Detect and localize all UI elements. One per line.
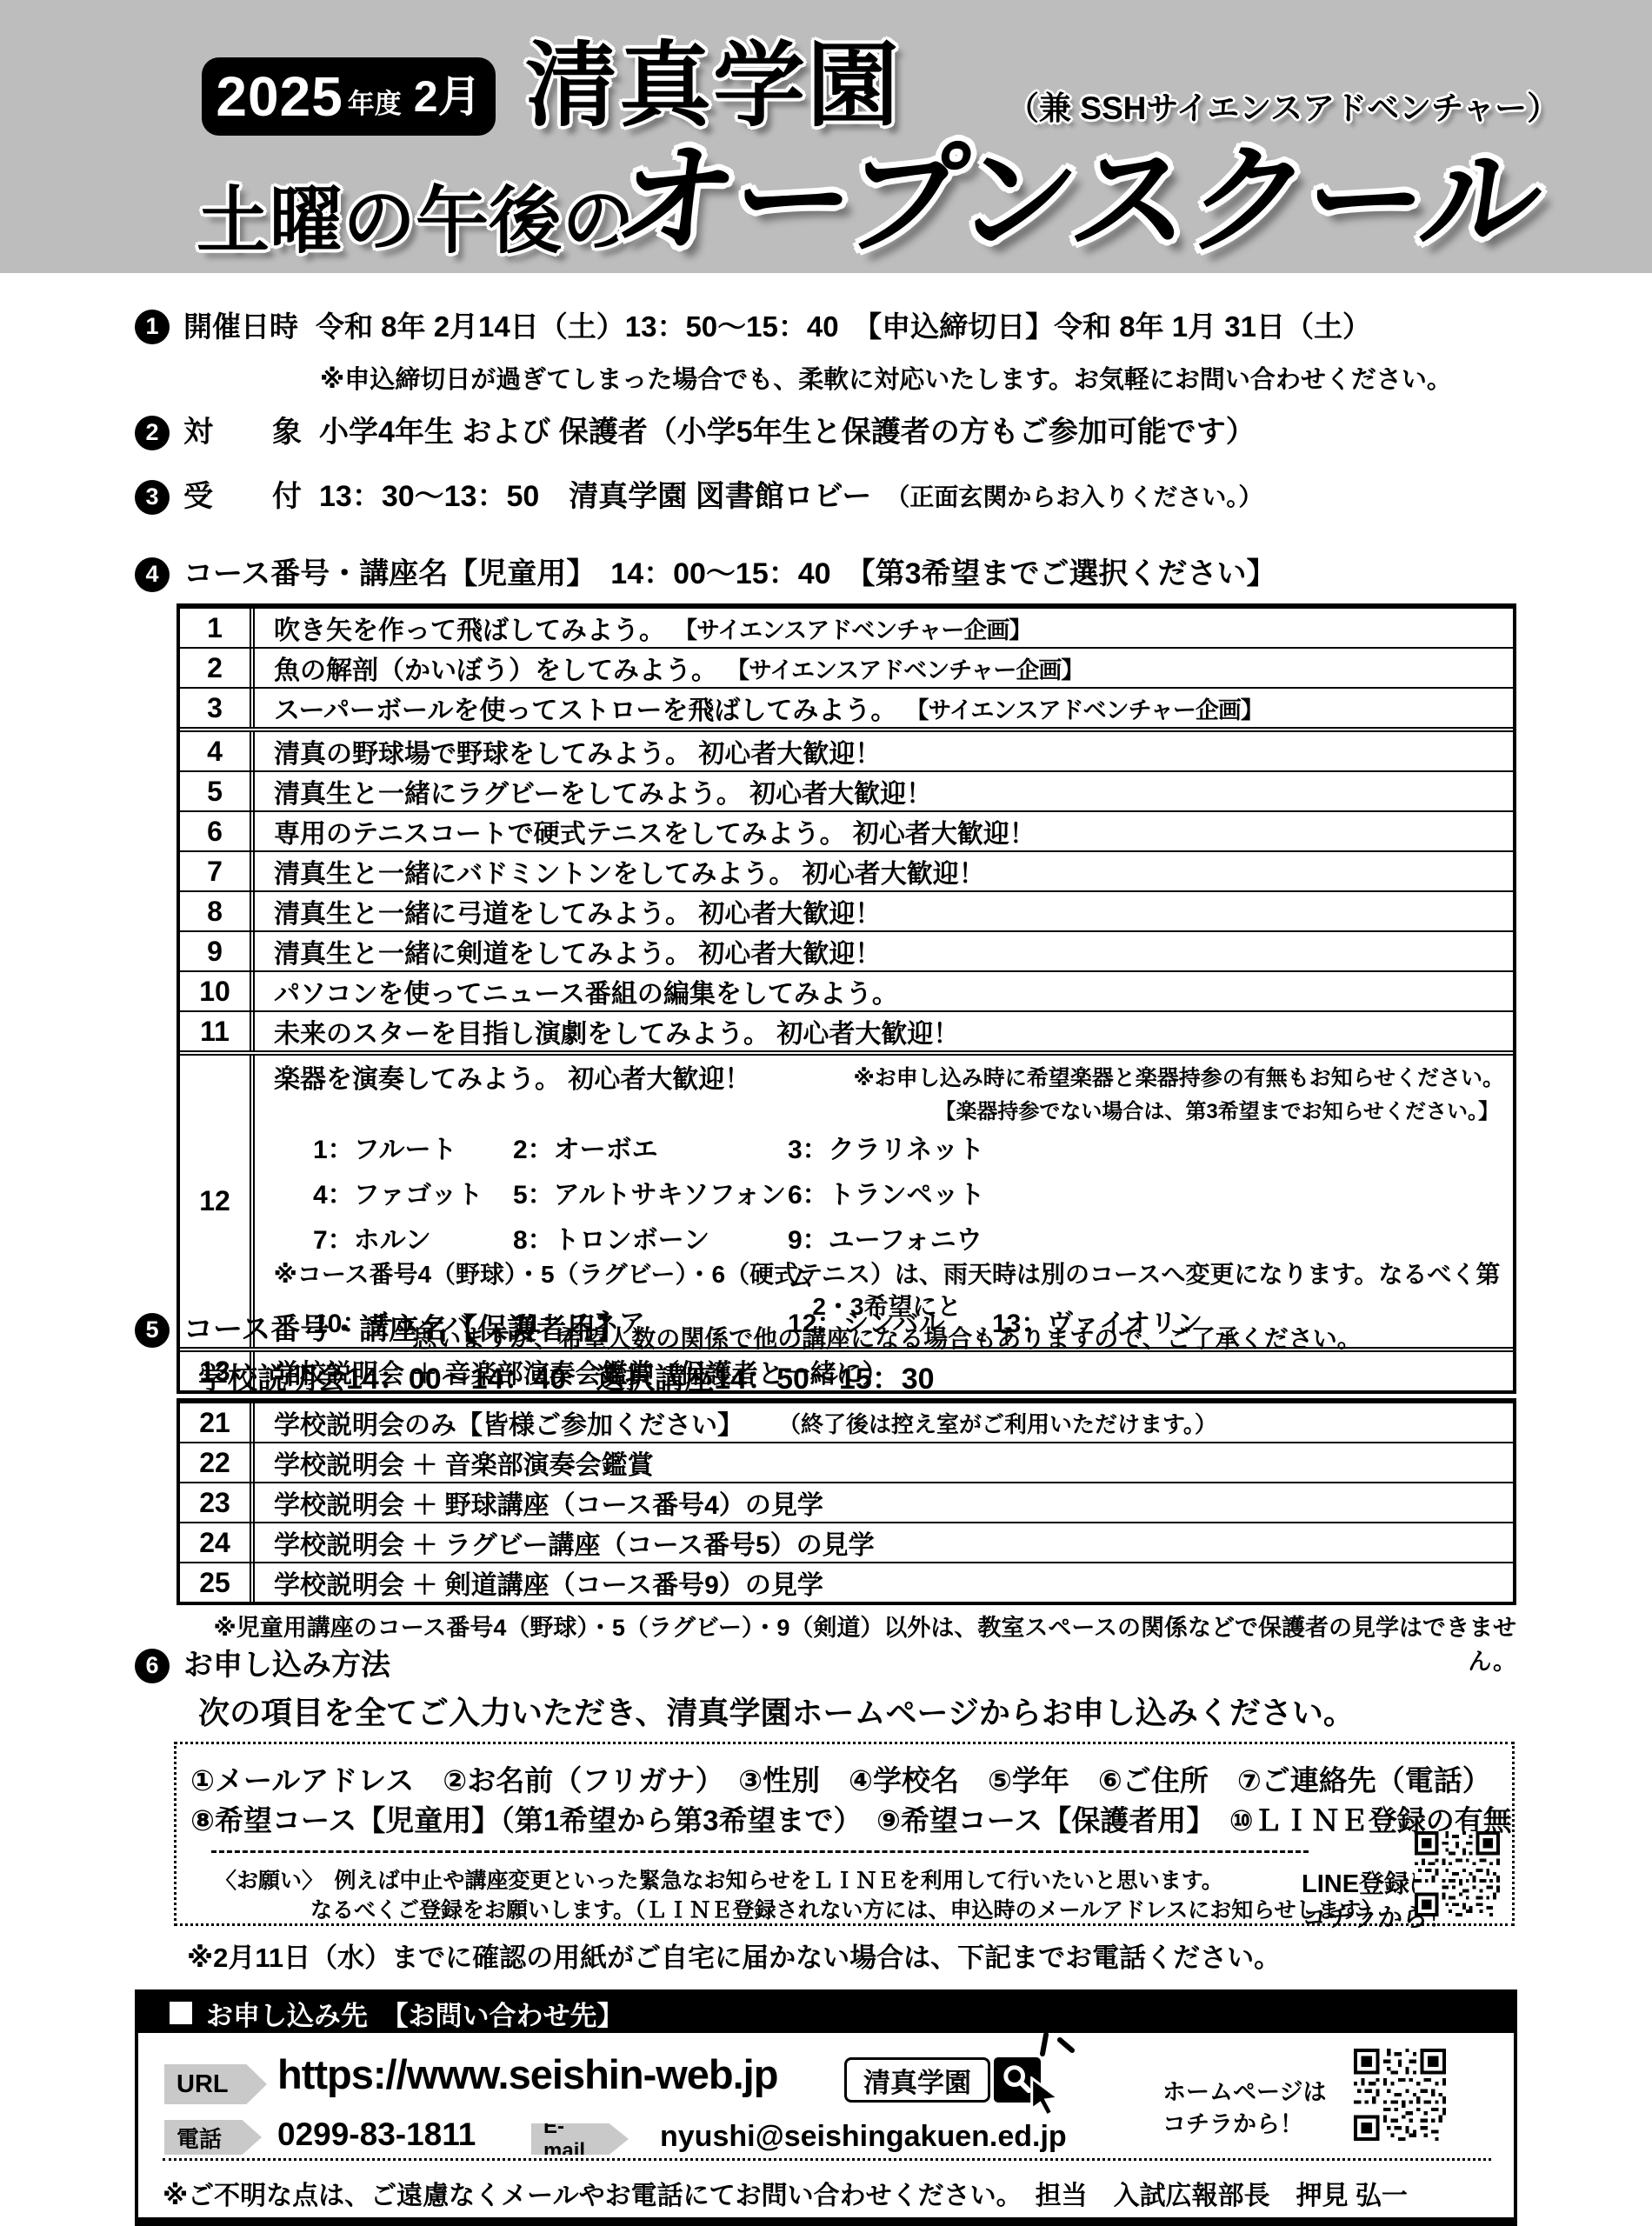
course-number: 6 — [180, 812, 255, 850]
white-square-bullet-icon — [170, 2002, 192, 2024]
course-number: 8 — [180, 892, 255, 930]
instrument-item: 5：アルトサキソフォン — [513, 1173, 788, 1211]
table-row: 21 学校説明会のみ【皆様ご参加ください】（終了後は控え室がご利用いただけます。… — [180, 1403, 1513, 1442]
course-text: 清真生と一緒にラグビーをしてみよう。 初心者大歓迎！ — [274, 772, 932, 810]
table-row: 1 吹き矢を作って飛ばしてみよう。【サイエンスアドベンチャー企画】 — [180, 609, 1513, 647]
course-number: 9 — [180, 932, 255, 970]
table-row: 23 学校説明会 ＋ 野球講座（コース番号4）の見学 — [180, 1482, 1513, 1522]
section-reception: 3 受 付 13：30〜13：50 清真学園 図書館ロビー （正面玄関からお入り… — [135, 480, 1262, 515]
table-row: 7 清真生と一緒にバドミントンをしてみよう。 初心者大歓迎！ — [180, 850, 1513, 890]
email-label: E-mail — [531, 2123, 629, 2155]
school-name: 清真学園 — [525, 40, 901, 132]
section-reception-paren: （正面玄関からお入りください。） — [885, 484, 1262, 511]
course-number: 4 — [180, 732, 255, 770]
course-text: 楽器を演奏してみよう。 初心者大歓迎！ — [274, 1057, 750, 1096]
course-text: 清真生と一緒に剣道をしてみよう。 初心者大歓迎！ — [274, 932, 881, 970]
circled-number-1: 1 — [135, 310, 170, 344]
course-number: 23 — [180, 1483, 255, 1522]
section-datetime: 1 開催日時 令和 8年 2月14日（土）13：50〜15：40 【申込締切日】… — [135, 310, 1371, 344]
course-text: 清真の野球場で野球をしてみよう。 初心者大歓迎！ — [274, 732, 881, 770]
course-text: パソコンを使ってニュース番組の編集をしてみよう。 — [274, 972, 898, 1010]
contact-title-bar: お申し込み先 【お問い合わせ先】 — [138, 1993, 1514, 2033]
confirmation-deadline-note: ※2月11日（水）までに確認の用紙がご自宅に届かない場合は、下記までお電話くださ… — [187, 1936, 1281, 1975]
divider — [163, 2158, 1491, 2161]
course-number: 3 — [180, 689, 255, 727]
instrument-item — [992, 1128, 1513, 1166]
apply-instruction: 次の項目を全てご入力いただき、清真学園ホームページからお申し込みください。 — [198, 1689, 1355, 1733]
contact-title: お申し込み先 【お問い合わせ先】 — [206, 1994, 624, 2033]
section-reception-label: 受 付 — [183, 481, 302, 513]
course-number: 2 — [180, 649, 255, 687]
deadline-flex-note: ※申込締切日が過ぎてしまった場合でも、柔軟に対応いたします。お気軽にお問い合わせ… — [320, 360, 1452, 396]
course-text: 学校説明会のみ【皆様ご参加ください】 — [274, 1403, 743, 1442]
course-number: 1 — [180, 609, 255, 647]
section-reception-value: 13：30〜13：50 清真学園 図書館ロビー — [319, 481, 871, 513]
course-text: 学校説明会 ＋ 音楽部演奏会鑑賞 — [274, 1443, 654, 1482]
section-courses-parents: 5 コース番号・講座名【保護者用】 — [135, 1313, 625, 1348]
badge-year: 2025 — [216, 69, 343, 124]
cursor-icon — [1025, 2076, 1065, 2116]
homepage-qr-code — [1354, 2049, 1446, 2141]
table-row: 2 魚の解剖（かいぼう）をしてみよう。【サイエンスアドベンチャー企画】 — [180, 647, 1513, 687]
table-row: 25 学校説明会 ＋ 剣道講座（コース番号9）の見学 — [180, 1562, 1513, 1602]
table-row: 11 未来のスターを目指し演劇をしてみよう。 初心者大歓迎！ — [180, 1010, 1513, 1050]
instrument-item: 1：フルート — [313, 1128, 513, 1166]
qr-icon — [1415, 1831, 1500, 1916]
course-text: 魚の解剖（かいぼう）をしてみよう。 — [274, 649, 717, 687]
section-datetime-label: 開催日時 — [183, 311, 298, 343]
section-courses-parents-label: コース番号・講座名【保護者用】 — [183, 1314, 625, 1346]
application-items-box: ①メールアドレス ②お名前（フリガナ） ③性別 ④学校名 ⑤学年 ⑥ご住所 ⑦ご… — [174, 1742, 1515, 1926]
course-number: 10 — [180, 972, 255, 1010]
circled-number-5: 5 — [135, 1313, 170, 1348]
table-row: 3 スーパーボールを使ってストローを飛ばしてみよう。【サイエンスアドベンチャー企… — [180, 687, 1513, 727]
course-paren: （終了後は控え室がご利用いただけます。） — [778, 1407, 1217, 1439]
course-number: 22 — [180, 1443, 255, 1482]
application-items-line1: ①メールアドレス ②お名前（フリガナ） ③性別 ④学校名 ⑤学年 ⑥ご住所 ⑦ご… — [190, 1758, 1491, 1799]
email-address[interactable]: nyushi@seishingakuen.ed.jp — [660, 2120, 1067, 2154]
section-apply: 6 お申し込み方法 — [135, 1649, 390, 1683]
course-number: 11 — [180, 1012, 255, 1050]
instrument-note: ※お申し込み時に希望楽器と楽器持参の有無もお知らせください。 — [853, 1057, 1504, 1092]
search-box[interactable]: 清真学園 — [844, 2057, 990, 2103]
year-month-badge: 2025 年度 2月 — [202, 57, 496, 136]
application-items-line2: ⑧希望コース【児童用】（第1希望から第3希望まで） ⑨希望コース【保護者用】 ⑩… — [190, 1798, 1512, 1839]
instrument-item: 2：オーボエ — [513, 1128, 788, 1166]
section-courses-children: 4 コース番号・講座名【児童用】 14：00〜15：40 【第3希望までご選択く… — [135, 557, 1276, 592]
title-prefix: 土曜の午後の — [197, 184, 635, 257]
course-number: 7 — [180, 852, 255, 890]
course-tag: 【サイエンスアドベンチャー企画】 — [674, 611, 1031, 645]
table-row: 6 専用のテニスコートで硬式テニスをしてみよう。 初心者大歓迎！ — [180, 810, 1513, 850]
table-row: 9 清真生と一緒に剣道をしてみよう。 初心者大歓迎！ — [180, 930, 1513, 970]
instrument-item: 4：ファゴット — [313, 1173, 513, 1211]
table-row: 22 学校説明会 ＋ 音楽部演奏会鑑賞 — [180, 1442, 1513, 1482]
website-url[interactable]: https://www.seishin-web.jp — [277, 2050, 777, 2098]
qr-icon — [1354, 2049, 1446, 2141]
course-text: 未来のスターを目指し演劇をしてみよう。 初心者大歓迎！ — [274, 1012, 959, 1050]
course-text: スーパーボールを使ってストローを飛ばしてみよう。 — [274, 689, 896, 727]
course-tag: 【サイエンスアドベンチャー企画】 — [905, 691, 1262, 725]
line-request-note: 〈お願い〉 例えば中止や講座変更といった緊急なお知らせをＬＩＮＥを利用して行いた… — [215, 1866, 1383, 1925]
header-band: 2025 年度 2月 清真学園 （兼 SSHサイエンスアドベンチャー） 土曜の午… — [0, 0, 1652, 273]
table-row: 10 パソコンを使ってニュース番組の編集をしてみよう。 — [180, 970, 1513, 1010]
tel-label: 電話 — [164, 2120, 262, 2155]
circled-number-4: 4 — [135, 557, 170, 592]
course-number: 5 — [180, 772, 255, 810]
line-qr-code — [1415, 1831, 1500, 1916]
table-row: 24 学校説明会 ＋ ラグビー講座（コース番号5）の見学 — [180, 1522, 1513, 1562]
section-datetime-value: 令和 8年 2月14日（土）13：50〜15：40 【申込締切日】令和 8年 1… — [316, 311, 1371, 343]
instrument-item — [992, 1173, 1513, 1211]
parents-schedule: 学校説明会14：00〜14：40 選択講座14：50〜15：30 — [198, 1355, 935, 1397]
course-text: 学校説明会 ＋ 野球講座（コース番号4）の見学 — [274, 1483, 823, 1522]
badge-month: 2月 — [414, 75, 482, 118]
section-target: 2 対 象 小学4年生 および 保護者（小学5年生と保護者の方もご参加可能です） — [135, 416, 1256, 450]
circled-number-3: 3 — [135, 480, 170, 515]
section-target-label: 対 象 — [183, 417, 302, 449]
course-number: 24 — [180, 1523, 255, 1562]
circled-number-6: 6 — [135, 1649, 170, 1683]
course-text: 清真生と一緒に弓道をしてみよう。 初心者大歓迎！ — [274, 892, 881, 930]
instrument-item: 6：トランペット — [788, 1173, 992, 1211]
section-courses-children-label: コース番号・講座名【児童用】 14：00〜15：40 【第3希望までご選択くださ… — [183, 558, 1276, 590]
course-text: 専用のテニスコートで硬式テニスをしてみよう。 初心者大歓迎！ — [274, 812, 1036, 850]
homepage-qr-label: ホームページは コチラから！ — [1162, 2076, 1326, 2141]
course-text: 清真生と一緒にバドミントンをしてみよう。 初心者大歓迎！ — [274, 852, 985, 890]
section-apply-label: お申し込み方法 — [183, 1650, 390, 1682]
ssh-subtitle: （兼 SSHサイエンスアドベンチャー） — [1007, 92, 1559, 124]
phone-number[interactable]: 0299-83-1811 — [277, 2116, 476, 2153]
table-row: 5 清真生と一緒にラグビーをしてみよう。 初心者大歓迎！ — [180, 770, 1513, 810]
flyer-page: 2025 年度 2月 清真学園 （兼 SSHサイエンスアドベンチャー） 土曜の午… — [0, 0, 1652, 2226]
click-sparks-icon — [1036, 2031, 1077, 2059]
course-text: 学校説明会 ＋ ラグビー講座（コース番号5）の見学 — [274, 1523, 875, 1562]
section-target-value: 小学4年生 および 保護者（小学5年生と保護者の方もご参加可能です） — [319, 417, 1256, 449]
table-row: 4 清真の野球場で野球をしてみよう。 初心者大歓迎！ — [180, 727, 1513, 770]
course-number: 21 — [180, 1403, 255, 1442]
circled-number-2: 2 — [135, 416, 170, 450]
course-text: 吹き矢を作って飛ばしてみよう。 — [274, 609, 665, 647]
parents-course-table: 21 学校説明会のみ【皆様ご参加ください】（終了後は控え室がご利用いただけます。… — [177, 1398, 1516, 1605]
url-label: URL — [164, 2064, 267, 2104]
instrument-item: 3：クラリネット — [788, 1128, 992, 1166]
divider — [211, 1850, 1309, 1853]
course-number: 25 — [180, 1563, 255, 1602]
contact-box: お申し込み先 【お問い合わせ先】 URL https://www.seishin… — [135, 1989, 1517, 2226]
course-number: 12 — [180, 1056, 255, 1347]
course-text: 学校説明会 ＋ 剣道講座（コース番号9）の見学 — [274, 1563, 823, 1602]
badge-nendo: 年度 — [348, 90, 402, 117]
instrument-bracket-note: 【楽器持参でない場合は、第3希望までお知らせください。】 — [274, 1094, 1513, 1124]
table-row: 8 清真生と一緒に弓道をしてみよう。 初心者大歓迎！ — [180, 890, 1513, 930]
contact-note: ※ご不明な点は、ご遠慮なくメールやお電話にてお問い合わせください。 担当 入試広… — [163, 2174, 1408, 2212]
course-tag: 【サイエンスアドベンチャー企画】 — [726, 651, 1083, 685]
page-title: オープンスクール — [609, 141, 1546, 261]
request-label: 〈お願い〉 — [215, 1869, 313, 1893]
